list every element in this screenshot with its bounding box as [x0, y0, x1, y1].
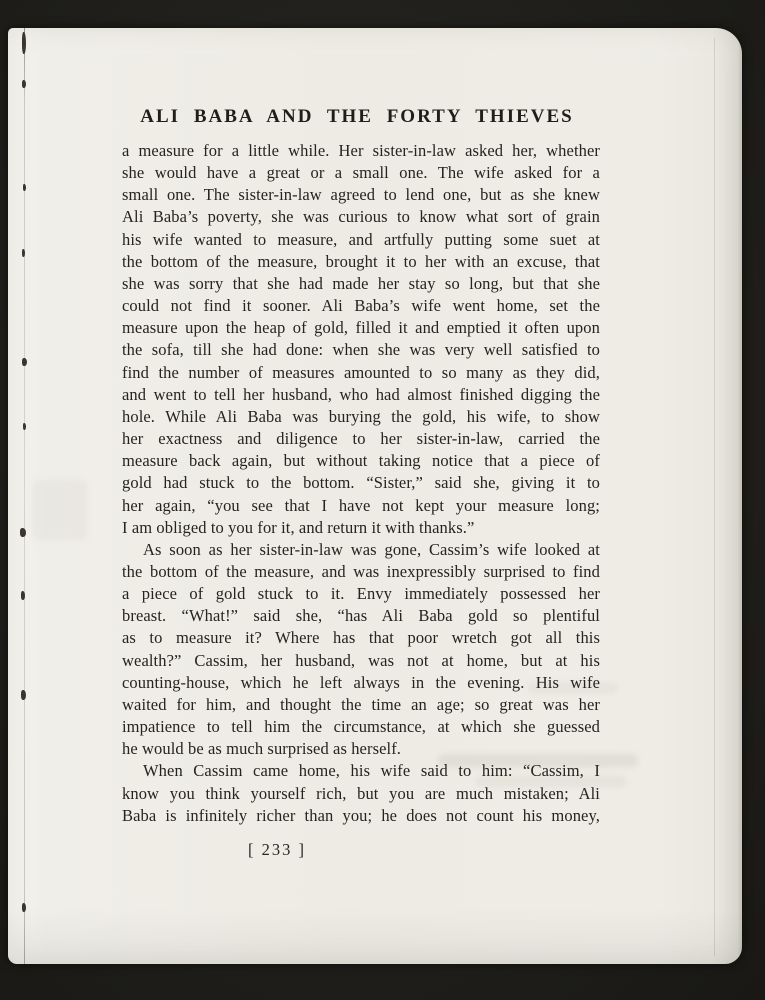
page-text: a measure for a little while. Her sister…: [122, 140, 600, 827]
text-line: a piece of gold stuck to it. Envy immedi…: [122, 583, 600, 605]
paragraph: a measure for a little while. Her sister…: [122, 140, 600, 539]
binding-speckle: [22, 358, 27, 366]
page-number: [ 233 ]: [248, 840, 306, 860]
text-line: as to measure it? Where has that poor wr…: [122, 627, 600, 649]
text-line: gold had stuck to the bottom. “Sister,” …: [122, 472, 600, 494]
book-page: ALI BABA AND THE FORTY THIEVES a measure…: [8, 28, 742, 964]
text-line: small one. The sister-in-law agreed to l…: [122, 184, 600, 206]
binding-gutter-line: [24, 28, 25, 964]
binding-speckle: [23, 423, 26, 430]
text-line: she was sorry that she had made her stay…: [122, 273, 600, 295]
text-line: and went to tell her husband, who had al…: [122, 384, 600, 406]
text-line: her again, “you see that I have not kept…: [122, 495, 600, 517]
text-line: her exactness and diligence to her siste…: [122, 428, 600, 450]
text-line: could not find it sooner. Ali Baba’s wif…: [122, 295, 600, 317]
text-line: he would be as much surprised as herself…: [122, 738, 600, 760]
text-line: find the number of measures amounted to …: [122, 362, 600, 384]
text-line: his wife wanted to measure, and artfully…: [122, 229, 600, 251]
text-line: the bottom of the measure, and was inexp…: [122, 561, 600, 583]
text-line: Baba is infinitely richer than you; he d…: [122, 805, 600, 827]
text-line: the bottom of the measure, brought it to…: [122, 251, 600, 273]
binding-speckle: [22, 249, 25, 257]
text-line: I am obliged to you for it, and return i…: [122, 517, 600, 539]
text-line: waited for him, and thought the time an …: [122, 694, 600, 716]
paragraph: As soon as her sister-in-law was gone, C…: [122, 539, 600, 761]
text-line: impatience to tell him the circumstance,…: [122, 716, 600, 738]
text-line: As soon as her sister-in-law was gone, C…: [122, 539, 600, 561]
binding-speckle: [22, 80, 26, 88]
text-line: counting-house, which he left always in …: [122, 672, 600, 694]
text-line: hole. While Ali Baba was burying the gol…: [122, 406, 600, 428]
binding-speckle: [22, 903, 26, 912]
page-edge-line: [714, 38, 715, 956]
text-line: she would have a great or a small one. T…: [122, 162, 600, 184]
binding-speckle: [20, 528, 26, 537]
binding-speckle: [22, 32, 26, 54]
text-line: breast. “What!” said she, “has Ali Baba …: [122, 605, 600, 627]
photo-background: ALI BABA AND THE FORTY THIEVES a measure…: [0, 0, 765, 1000]
show-through-smudge: [32, 480, 87, 540]
text-line: a measure for a little while. Her sister…: [122, 140, 600, 162]
text-line: know you think yourself rich, but you ar…: [122, 783, 600, 805]
text-line: Ali Baba’s poverty, she was curious to k…: [122, 206, 600, 228]
binding-speckle: [21, 690, 26, 700]
binding-speckle: [23, 184, 26, 191]
text-line: measure back again, but without taking n…: [122, 450, 600, 472]
text-line: When Cassim came home, his wife said to …: [122, 760, 600, 782]
paragraph: When Cassim came home, his wife said to …: [122, 760, 600, 826]
binding-speckle: [21, 591, 25, 600]
text-line: wealth?” Cassim, her husband, was not at…: [122, 650, 600, 672]
page-heading: ALI BABA AND THE FORTY THIEVES: [118, 106, 596, 128]
text-line: measure upon the heap of gold, filled it…: [122, 317, 600, 339]
text-line: the sofa, till she had done: when she wa…: [122, 339, 600, 361]
